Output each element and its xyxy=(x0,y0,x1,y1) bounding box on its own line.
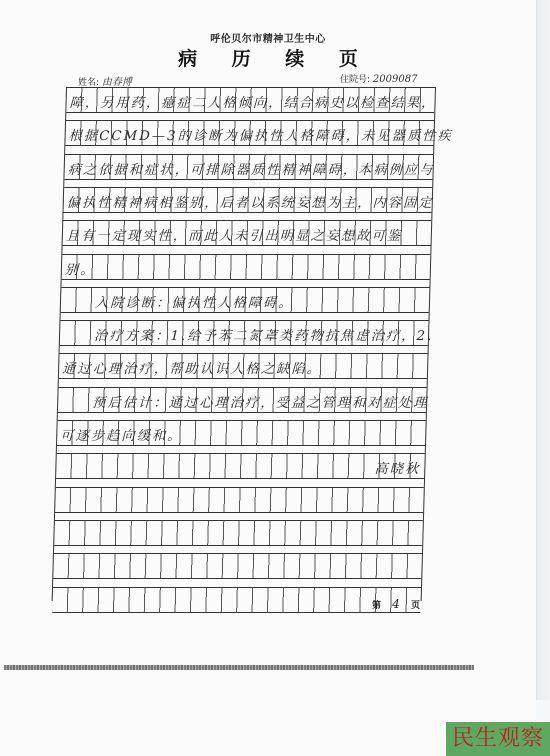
medical-record-page: 呼伦贝尔市精神卫生中心 病 历 续 页 姓名: 由春博 住院号: 2009087… xyxy=(0,0,536,756)
patient-name-field: 姓名: 由春博 xyxy=(78,73,132,88)
grid-row: 障，另用药，癔症二人格倾向，结合病史以检查结果， xyxy=(66,87,435,113)
scan-margin xyxy=(536,0,550,700)
scan-edge-strip xyxy=(4,665,474,670)
admission-number-field: 住院号: 2009087 xyxy=(340,72,417,85)
grid-row xyxy=(55,487,424,513)
writing-grid: 障，另用药，癔症二人格倾向，结合病史以检查结果，根据CCMD—3的诊断为偏执性人… xyxy=(52,87,436,601)
handwritten-line: 治疗方案：1.给予苯二氮䓬类药物抗焦虑治疗，2. xyxy=(94,325,434,344)
page-number-value: 4 xyxy=(392,597,400,611)
grid-row: 治疗方案：1.给予苯二氮䓬类药物抗焦虑治疗，2. xyxy=(60,320,429,346)
page-number: 第 4 页 xyxy=(372,597,420,611)
handwritten-line: 别。 xyxy=(65,259,96,278)
handwritten-line: 通过心理治疗，帮助认识人格之缺陷。 xyxy=(62,358,322,377)
grid-row: 预后估计：通过心理治疗，受益之管理和对症处理 xyxy=(58,387,427,413)
grid-row: 且有一定现实性，而此人未引出明显之妄想故可鉴 xyxy=(63,220,432,246)
handwritten-line: 根据CCMD—3的诊断为偏执性人格障碍，未见器质性疾 xyxy=(68,125,453,144)
grid-row: 别。 xyxy=(62,254,431,280)
handwritten-line: 偏执性精神病相鉴别，后者以系统妄想为主，内容固定 xyxy=(67,192,434,211)
grid-row xyxy=(52,587,421,613)
handwritten-line: 可逐步趋向缓和。 xyxy=(60,425,183,444)
grid-row: 通过心理治疗，帮助认识人格之缺陷。 xyxy=(59,353,428,379)
page-label-prefix: 第 xyxy=(372,601,381,611)
handwritten-line: 病之依据和症状，可排除器质性精神障碍，本病例应与 xyxy=(67,159,434,178)
grid-row xyxy=(53,553,422,579)
handwritten-line: 预后估计：通过心理治疗，受益之管理和对症处理 xyxy=(92,392,429,411)
page-label-suffix: 页 xyxy=(411,601,420,611)
doctor-signature: 高晓秋 xyxy=(374,458,420,477)
handwritten-line: 入院诊断：偏执性人格障碍。 xyxy=(95,292,294,311)
grid-row: 入院诊断：偏执性人格障碍。 xyxy=(61,287,430,313)
grid-row: 高晓秋 xyxy=(56,453,425,479)
grid-row: 可逐步趋向缓和。 xyxy=(57,420,426,446)
handwritten-line: 障，另用药，癔症二人格倾向，结合病史以检查结果， xyxy=(69,92,436,111)
document-title: 病 历 续 页 xyxy=(0,44,536,71)
hospital-name: 呼伦贝尔市精神卫生中心 xyxy=(0,30,536,45)
grid-row: 病之依据和症状，可排除器质性精神障碍，本病例应与 xyxy=(64,154,433,180)
handwritten-line: 且有一定现实性，而此人未引出明显之妄想故可鉴 xyxy=(66,225,403,244)
grid-row: 根据CCMD—3的诊断为偏执性人格障碍，未见器质性疾 xyxy=(65,120,434,146)
watermark-badge: 民生观察 xyxy=(446,722,550,756)
admission-number-label: 住院号: xyxy=(340,75,370,85)
grid-row xyxy=(54,520,423,546)
grid-row: 偏执性精神病相鉴别，后者以系统妄想为主，内容固定 xyxy=(63,187,432,213)
admission-number-value: 2009087 xyxy=(373,74,418,85)
